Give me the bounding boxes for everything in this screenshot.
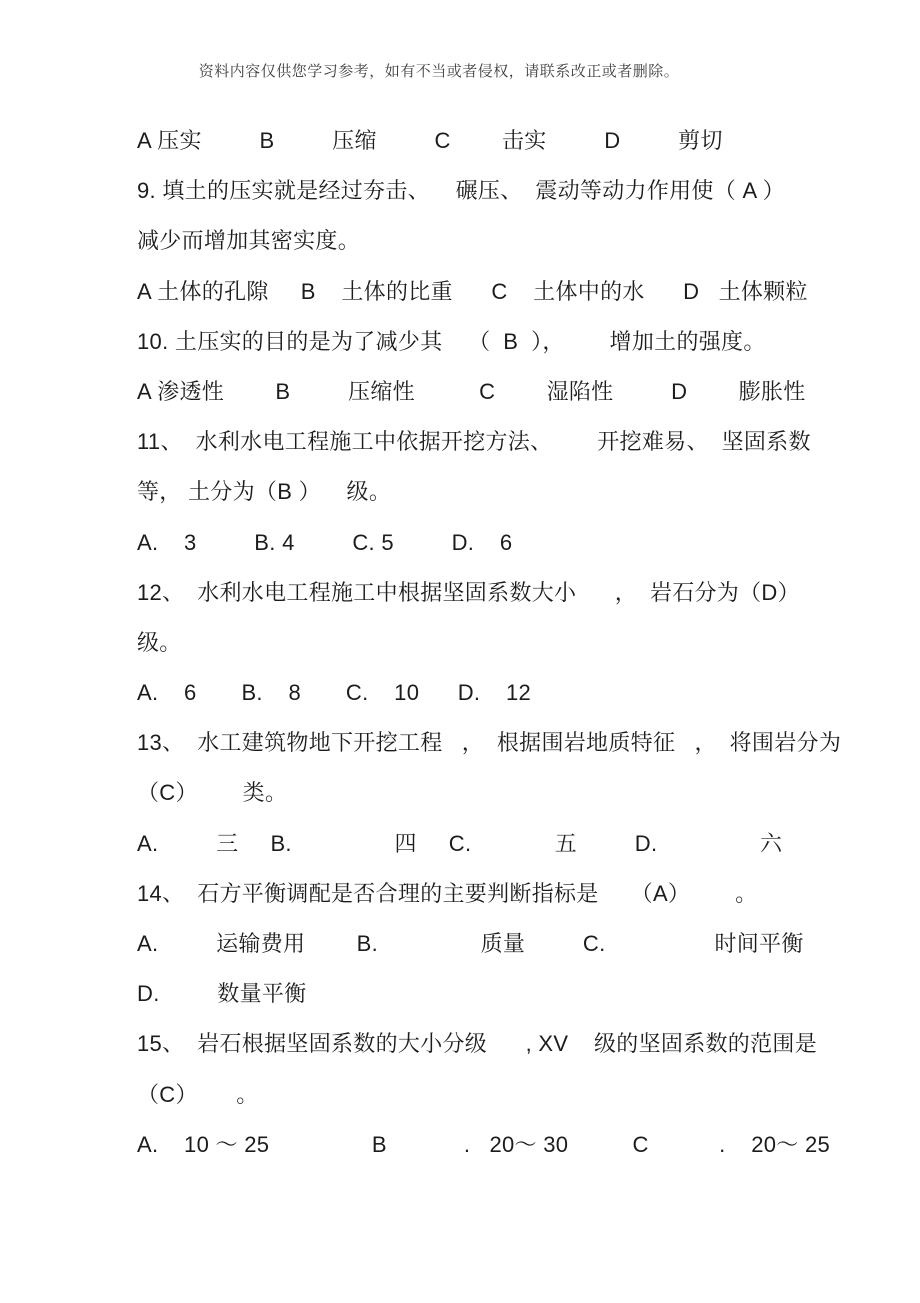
- document-body: A 压实 B 压缩 C 击实 D 剪切 9. 填土的压实就是经过夯击、 碾压、 …: [137, 116, 890, 1170]
- options-line-previous-question: A 压实 B 压缩 C 击实 D 剪切: [137, 116, 890, 166]
- question-13-stem-line-1: 13、 水工建筑物地下开挖工程 ， 根据围岩地质特征 ， 将围岩分为: [137, 718, 890, 768]
- question-14-stem: 14、 石方平衡调配是否合理的主要判断指标是 （A） 。: [137, 869, 890, 919]
- question-15-stem-line-1: 15、 岩石根据坚固系数的大小分级 , XV 级的坚固系数的范围是: [137, 1019, 890, 1069]
- question-14-options-line-2: D. 数量平衡: [137, 969, 890, 1019]
- question-14-options-line-1: A. 运输费用 B. 质量 C. 时间平衡: [137, 919, 890, 969]
- question-11-stem-line-1: 11、 水利水电工程施工中依据开挖方法、 开挖难易、 坚固系数: [137, 417, 890, 467]
- question-9-stem-line-1: 9. 填土的压实就是经过夯击、 碾压、 震动等动力作用使（ A ）: [137, 166, 890, 216]
- question-9-stem-line-2: 减少而增加其密实度。: [137, 216, 890, 266]
- question-13-stem-line-2: （C） 类。: [137, 768, 890, 818]
- document-page: 资料内容仅供您学习参考，如有不当或者侵权，请联系改正或者删除。 A 压实 B 压…: [0, 0, 920, 1303]
- question-9-options: A 土体的孔隙 B 土体的比重 C 土体中的水 D 土体颗粒: [137, 267, 890, 317]
- disclaimer-text: 资料内容仅供您学习参考，如有不当或者侵权，请联系改正或者删除。: [0, 60, 878, 81]
- question-11-options: A. 3 B. 4 C. 5 D. 6: [137, 518, 890, 568]
- question-10-stem: 10. 土压实的目的是为了减少其 （ B ）， 增加土的强度。: [137, 317, 890, 367]
- question-11-stem-line-2: 等， 土分为（B ） 级。: [137, 467, 890, 517]
- question-12-options: A. 6 B. 8 C. 10 D. 12: [137, 668, 890, 718]
- question-10-options: A 渗透性 B 压缩性 C 湿陷性 D 膨胀性: [137, 367, 890, 417]
- question-13-options: A. 三 B. 四 C. 五 D. 六: [137, 819, 890, 869]
- question-12-stem-line-1: 12、 水利水电工程施工中根据坚固系数大小 ， 岩石分为（D）: [137, 568, 890, 618]
- question-15-options: A. 10 ～ 25 B . 20～ 30 C . 20～ 25: [137, 1120, 890, 1170]
- question-12-stem-line-2: 级。: [137, 618, 890, 668]
- question-15-stem-line-2: （C） 。: [137, 1070, 890, 1120]
